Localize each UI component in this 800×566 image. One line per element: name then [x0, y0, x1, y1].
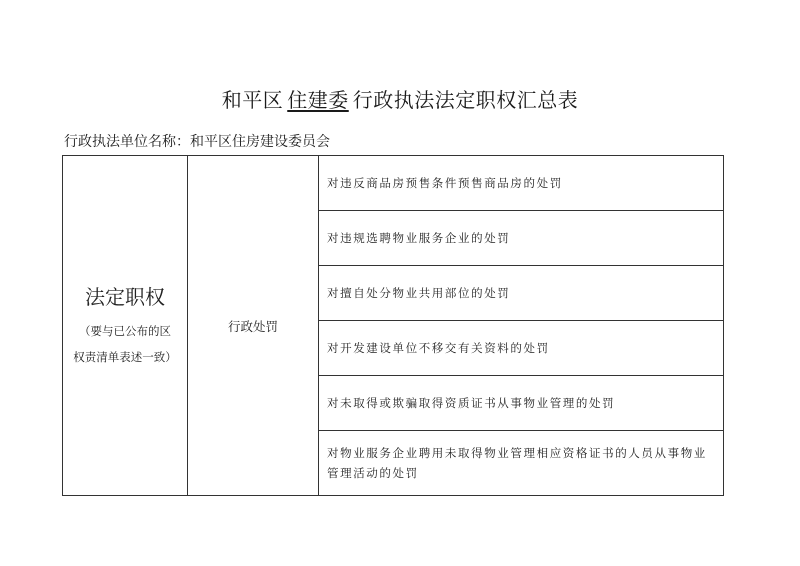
authority-table: 法定职权 （要与已公布的区 权责清单表述一致） 行政处罚 对违反商品房预售条件预…	[62, 155, 724, 496]
unit-label: 行政执法单位名称：	[64, 134, 190, 150]
item-cell: 对未取得或欺骗取得资质证书从事物业管理的处罚	[319, 376, 724, 431]
legal-authority-cell: 法定职权 （要与已公布的区 权责清单表述一致）	[63, 156, 188, 496]
title-suffix: 行政执法法定职权汇总表	[353, 88, 579, 112]
title-department: 住建委	[283, 88, 353, 112]
enforcement-unit: 行政执法单位名称：和平区住房建设委员会	[64, 131, 330, 151]
unit-value: 和平区住房建设委员会	[190, 134, 330, 150]
item-cell: 对违规选聘物业服务企业的处罚	[319, 211, 724, 266]
category-label: 行政处罚	[228, 319, 278, 334]
item-cell: 对开发建设单位不移交有关资料的处罚	[319, 321, 724, 376]
item-cell: 对物业服务企业聘用未取得物业管理相应资格证书的人员从事物业管理活动的处罚	[319, 431, 724, 496]
legal-authority-heading: 法定职权	[63, 281, 187, 310]
category-cell: 行政处罚	[188, 156, 319, 496]
table-row: 法定职权 （要与已公布的区 权责清单表述一致） 行政处罚 对违反商品房预售条件预…	[63, 156, 724, 211]
title-prefix: 和平区	[222, 88, 284, 112]
legal-authority-note-2: 权责清单表述一致）	[63, 344, 187, 370]
item-cell: 对违反商品房预售条件预售商品房的处罚	[319, 156, 724, 211]
document-title: 和平区住建委行政执法法定职权汇总表	[0, 84, 800, 113]
legal-authority-note-1: （要与已公布的区	[63, 318, 187, 344]
item-cell: 对擅自处分物业共用部位的处罚	[319, 266, 724, 321]
